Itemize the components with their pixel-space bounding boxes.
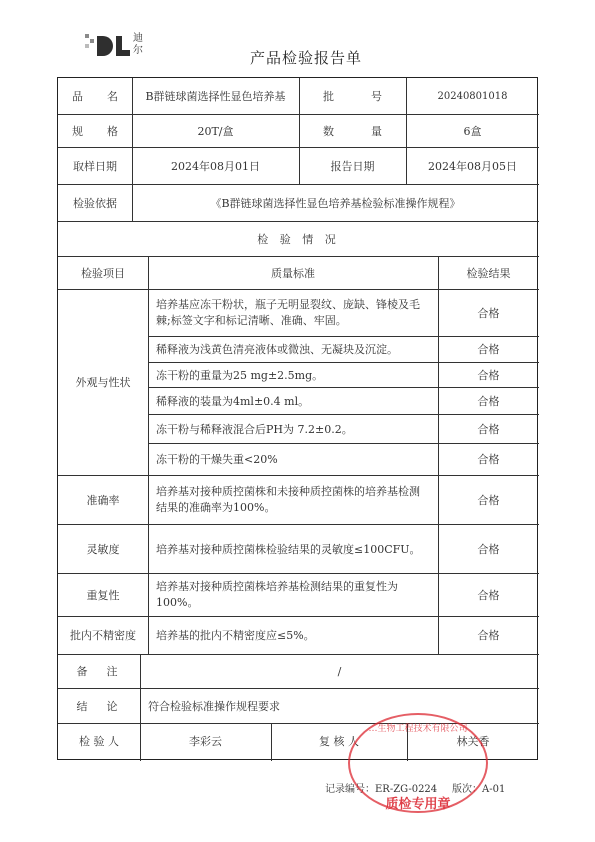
stamp-arc-text: …生物工程技术有限公司 (350, 721, 486, 734)
quantity-label: 数量 (299, 114, 406, 147)
spec-value: 20T/盒 (132, 114, 299, 147)
quantity-value: 6盒 (406, 114, 539, 147)
standard-appearance-6: 冻干粉的干燥失重<20% (148, 443, 438, 475)
quality-inspection-stamp-icon: …生物工程技术有限公司 质检专用章 (348, 713, 488, 813)
standard-appearance-5: 冻干粉与稀释液混合后PH为 7.2±0.2。 (148, 414, 438, 443)
column-header-standard: 质量标准 (148, 256, 438, 289)
report-date-label: 报告日期 (299, 147, 406, 184)
spec-label: 规格 (58, 114, 132, 147)
inspector-name: 李彩云 (140, 723, 271, 759)
logo-d-icon (97, 36, 113, 56)
stamp-main-text: 质检专用章 (350, 793, 486, 812)
item-accuracy: 准确率 (58, 475, 148, 524)
column-header-item: 检验项目 (58, 256, 148, 289)
remarks-value: / (140, 654, 539, 688)
result-appearance-3: 合格 (438, 362, 539, 387)
remarks-label: 备 注 (58, 654, 140, 688)
inspector-label: 检 验 人 (58, 723, 140, 759)
standard-repeatability: 培养基对接种质控菌株培养基检测结果的重复性为100%。 (148, 573, 438, 616)
result-accuracy: 合格 (438, 475, 539, 524)
result-intra-batch-imprecision: 合格 (438, 616, 539, 654)
conclusion-value: 符合检验标准操作规程要求 (140, 688, 539, 723)
item-repeatability: 重复性 (58, 573, 148, 616)
conclusion-label: 结 论 (58, 688, 140, 723)
company-logo: 迪 尔 (85, 32, 165, 60)
product-name-label: 品名 (58, 78, 132, 114)
sample-date-label: 取样日期 (58, 147, 132, 184)
column-header-result: 检验结果 (438, 256, 539, 289)
item-sensitivity: 灵敏度 (58, 524, 148, 573)
standard-appearance-4: 稀释液的装量为4ml±0.4 ml。 (148, 387, 438, 414)
sample-date-value: 2024年08月01日 (132, 147, 299, 184)
result-sensitivity: 合格 (438, 524, 539, 573)
logo-text-2: 尔 (133, 45, 143, 57)
report-date-value: 2024年08月05日 (406, 147, 539, 184)
result-appearance-5: 合格 (438, 414, 539, 443)
batch-label: 批号 (299, 78, 406, 114)
standard-appearance-3: 冻干粉的重量为25 mg±2.5mg。 (148, 362, 438, 387)
batch-value: 20240801018 (406, 78, 539, 114)
standard-appearance-1: 培养基应冻干粉状，瓶子无明显裂纹、庞缺、锋棱及毛棘;标签文字和标记清晰、准确、牢… (148, 289, 438, 336)
result-appearance-6: 合格 (438, 443, 539, 475)
report-table: 品名 B群链球菌选择性显色培养基 批号 20240801018 规格 20T/盒… (57, 77, 538, 760)
page-title: 产品检验报告单 (250, 47, 362, 68)
result-appearance-2: 合格 (438, 336, 539, 362)
result-appearance-1: 合格 (438, 289, 539, 336)
basis-value: 《B群链球菌选择性显色培养基检验标准操作规程》 (132, 184, 539, 221)
basis-label: 检验依据 (58, 184, 132, 221)
standard-intra-batch-imprecision: 培养基的批内不精密度应≤5%。 (148, 616, 438, 654)
result-appearance-4: 合格 (438, 387, 539, 414)
item-appearance: 外观与性状 (58, 289, 148, 475)
result-repeatability: 合格 (438, 573, 539, 616)
logo-text: 迪 尔 (133, 33, 143, 57)
item-intra-batch-imprecision: 批内不精密度 (58, 616, 148, 654)
inspection-section-title: 检 验 情 况 (58, 221, 539, 256)
product-name-value: B群链球菌选择性显色培养基 (132, 78, 299, 114)
standard-appearance-2: 稀释液为浅黄色清亮液体或微浊、无凝块及沉淀。 (148, 336, 438, 362)
standard-accuracy: 培养基对接种质控菌株和未接种质控菌株的培养基检测结果的准确率为100%。 (148, 475, 438, 524)
standard-sensitivity: 培养基对接种质控菌株检验结果的灵敏度≤100CFU。 (148, 524, 438, 573)
logo-l-foot (116, 50, 130, 56)
logo-text-1: 迪 (133, 33, 143, 45)
